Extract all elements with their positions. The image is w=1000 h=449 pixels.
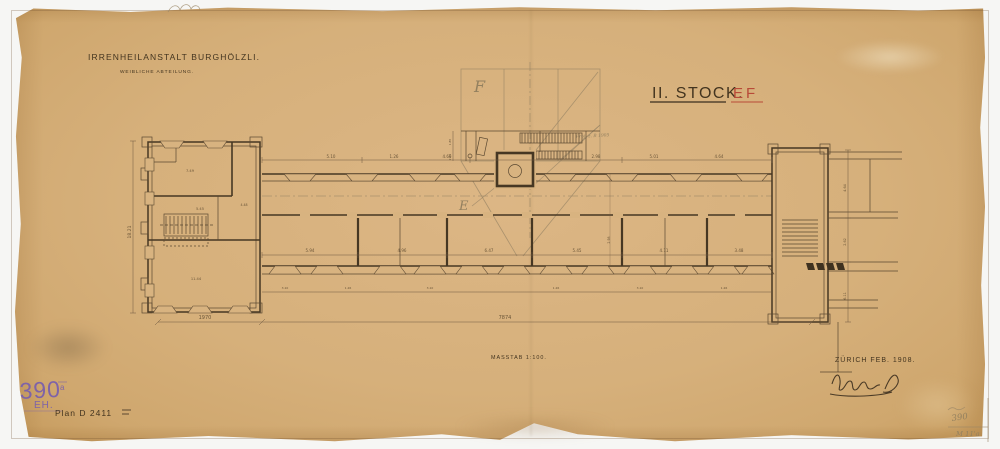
- projection-note: Proj. z. B 1905: [575, 132, 610, 140]
- signature: [830, 375, 898, 396]
- institution-title: IRRENHEILANSTALT BURGHÖLZLI.: [88, 52, 260, 62]
- dim-label: 2.98: [607, 236, 611, 243]
- pencil-number: 390: [951, 412, 969, 424]
- dim-label: 3.10: [282, 286, 289, 290]
- dim-label: 4.96: [398, 248, 407, 253]
- dim-label: 1970: [199, 315, 212, 321]
- dim-label: 1.26: [390, 154, 399, 159]
- scanned-archive-plan: { "titles": { "institution": "IRRENHEILA…: [0, 0, 1000, 449]
- corner-scribble: [948, 407, 965, 410]
- dim-label: 4.64: [715, 154, 724, 159]
- archive-number-suffix: a: [60, 383, 65, 392]
- dimension-chains: [130, 131, 851, 325]
- dim-label: 5.10: [327, 154, 336, 159]
- dim-label: 2.62: [843, 238, 847, 246]
- dim-label: 18.21: [127, 225, 133, 238]
- place-date: ZÜRICH FEB. 1908.: [835, 356, 915, 364]
- dim-label: 2.98: [592, 154, 601, 159]
- dim-label: 5.45: [196, 207, 204, 211]
- floor-title: II. STOCK.: [652, 85, 744, 102]
- dim-label: 6.11: [843, 292, 847, 300]
- scale-label: MASSTAB 1:100.: [491, 355, 547, 361]
- dim-label: 7874: [499, 315, 512, 321]
- dim-label: 4.48: [240, 203, 247, 207]
- archive-stamps: 390 a EH. Plan D 2411: [19, 376, 131, 418]
- room-partitions: [358, 218, 707, 266]
- right-wing: [768, 144, 902, 372]
- dim-label: 3.48: [735, 248, 744, 253]
- floor-suffix-red: EF: [733, 85, 758, 102]
- dim-label: 4.11: [660, 248, 669, 253]
- pencil-corner-marks: 390 M 11'a: [168, 5, 988, 442]
- dim-label: 4.64: [843, 184, 847, 192]
- plan-number: Plan D 2411: [55, 408, 112, 418]
- dim-label: 5.94: [306, 248, 315, 253]
- dimension-labels: 5.944.966.475.454.113.485.101.264.602.98…: [127, 139, 847, 321]
- main-building: [145, 141, 774, 313]
- top-pencil-scribble: [168, 5, 200, 12]
- dim-label: 1.85: [448, 139, 452, 146]
- eh-mark: EH.: [34, 400, 54, 411]
- yard-e-label: E: [458, 199, 469, 214]
- dim-label: 5.01: [650, 154, 659, 159]
- dim-label: 2.45: [448, 154, 452, 161]
- dim-label: 7.49: [186, 169, 195, 173]
- left-wing: [141, 137, 262, 313]
- dim-label: 3.10: [427, 286, 434, 290]
- dim-label: 1.26: [721, 286, 728, 290]
- department-subtitle: WEIBLICHE ABTEILUNG.: [120, 69, 194, 75]
- dim-label: 11.44: [191, 277, 202, 281]
- dim-label: 5.45: [573, 248, 582, 253]
- dim-label: 1.26: [345, 286, 352, 290]
- dim-label: 6.47: [485, 248, 494, 253]
- pencil-ref: M 11'a: [955, 430, 980, 438]
- dim-label: 3.10: [637, 286, 644, 290]
- dim-label: 1.26: [553, 286, 560, 290]
- annex-f-label: F: [473, 77, 486, 96]
- floorplan-drawing: 5.944.966.475.454.113.485.101.264.602.98…: [0, 0, 1000, 449]
